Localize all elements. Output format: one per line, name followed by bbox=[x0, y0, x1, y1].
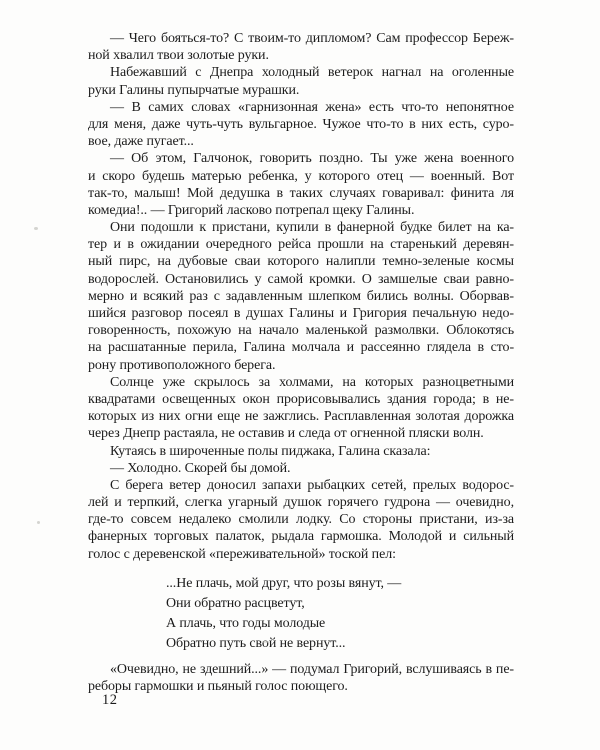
page-number: 12 bbox=[102, 692, 118, 709]
text-line: фанерных торговых палаток, рыдала гармош… bbox=[88, 528, 514, 545]
text-line: через Днепр растаяла, не оставив и следа… bbox=[88, 425, 514, 442]
text-line: комедиа!.. — Григорий ласково потрепал щ… bbox=[88, 202, 514, 219]
text-line: Набежавший с Днепра холодный ветерок наг… bbox=[88, 64, 514, 81]
paragraph: С берега ветер доносил запахи рыбацких с… bbox=[88, 477, 514, 563]
text-line: Кутаясь в широченные полы пиджака, Галин… bbox=[88, 443, 514, 460]
text-line: — Холодно. Скорей бы домой. bbox=[88, 460, 514, 477]
text-line: рону противоположного берега. bbox=[88, 357, 514, 374]
text-line: шийся разговор посеял в душах Галины и Г… bbox=[88, 305, 514, 322]
text-line: тер и в ожидании очередного рейса прошли… bbox=[88, 236, 514, 253]
scan-speck bbox=[37, 521, 40, 524]
text-line: на расшатанные перила, Галина молчала и … bbox=[88, 339, 514, 356]
verse-line: А плачь, что годы молодые bbox=[166, 614, 514, 634]
paragraph: — Холодно. Скорей бы домой. bbox=[88, 460, 514, 477]
text-line: ный пирс, на дубовые сваи которого налип… bbox=[88, 253, 514, 270]
paragraph: Они подошли к пристани, купили в фанерно… bbox=[88, 219, 514, 374]
text-line: где-то совсем недалеко смолили лодку. Со… bbox=[88, 511, 514, 528]
text-line: Солнце уже скрылось за холмами, на котор… bbox=[88, 374, 514, 391]
text-line: Они подошли к пристани, купили в фанерно… bbox=[88, 219, 514, 236]
paragraph: — В самих словах «гарнизонная жена» есть… bbox=[88, 99, 514, 151]
text-line: вое, даже пугает... bbox=[88, 133, 514, 150]
book-page: — Чего бояться-то? С твоим-то дипломом? … bbox=[0, 0, 600, 750]
text-line: реборы гармошки и пьяный голос поющего. bbox=[88, 678, 514, 695]
text-line: руки Галины пупырчатые мурашки. bbox=[88, 82, 514, 99]
text-line: которых из них огни еще не зажглись. Рас… bbox=[88, 408, 514, 425]
paragraph: Кутаясь в широченные полы пиджака, Галин… bbox=[88, 443, 514, 460]
paragraph: — Об этом, Галчонок, говорить поздно. Ты… bbox=[88, 150, 514, 219]
text-line: — В самих словах «гарнизонная жена» есть… bbox=[88, 99, 514, 116]
paragraph: «Очевидно, не здешний...» — подумал Григ… bbox=[88, 661, 514, 695]
text-line: так-то, малыш! Мой дедушка в таких случа… bbox=[88, 185, 514, 202]
text-line: лей и терпкий, слегка угарный душок горя… bbox=[88, 494, 514, 511]
text-line: для меня, даже чуть-чуть вульгарное. Чуж… bbox=[88, 116, 514, 133]
scan-speck bbox=[262, 641, 270, 643]
text-line: и скоро будешь матерью ребенка, у которо… bbox=[88, 168, 514, 185]
text-line: С берега ветер доносил запахи рыбацких с… bbox=[88, 477, 514, 494]
text-line: «Очевидно, не здешний...» — подумал Григ… bbox=[88, 661, 514, 678]
verse-line: ...Не плачь, мой друг, что розы вянут, — bbox=[166, 574, 514, 594]
paragraph: — Чего бояться-то? С твоим-то дипломом? … bbox=[88, 30, 514, 64]
text-line: ной хвалил твои золотые руки. bbox=[88, 47, 514, 64]
text-line: голос с деревенской «переживательной» то… bbox=[88, 546, 514, 563]
text-line: — Чего бояться-то? С твоим-то дипломом? … bbox=[88, 30, 514, 47]
verse-line: Они обратно расцветут, bbox=[166, 594, 514, 614]
verse-line: Обратно путь свой не вернут... bbox=[166, 634, 514, 654]
text-line: говоренность, похожую на начало маленько… bbox=[88, 322, 514, 339]
scan-speck bbox=[34, 227, 38, 230]
verse-block: ...Не плачь, мой друг, что розы вянут, —… bbox=[166, 574, 514, 654]
paragraph: Набежавший с Днепра холодный ветерок наг… bbox=[88, 64, 514, 98]
text-line: мерно и всякий раз с задавленным шлепком… bbox=[88, 288, 514, 305]
paragraph: Солнце уже скрылось за холмами, на котор… bbox=[88, 374, 514, 443]
text-line: квадратами освещенных окон прорисовывали… bbox=[88, 391, 514, 408]
page-text: — Чего бояться-то? С твоим-то дипломом? … bbox=[88, 30, 514, 695]
text-line: водорослей. Остановились у самой кромки.… bbox=[88, 271, 514, 288]
text-line: — Об этом, Галчонок, говорить поздно. Ты… bbox=[88, 150, 514, 167]
